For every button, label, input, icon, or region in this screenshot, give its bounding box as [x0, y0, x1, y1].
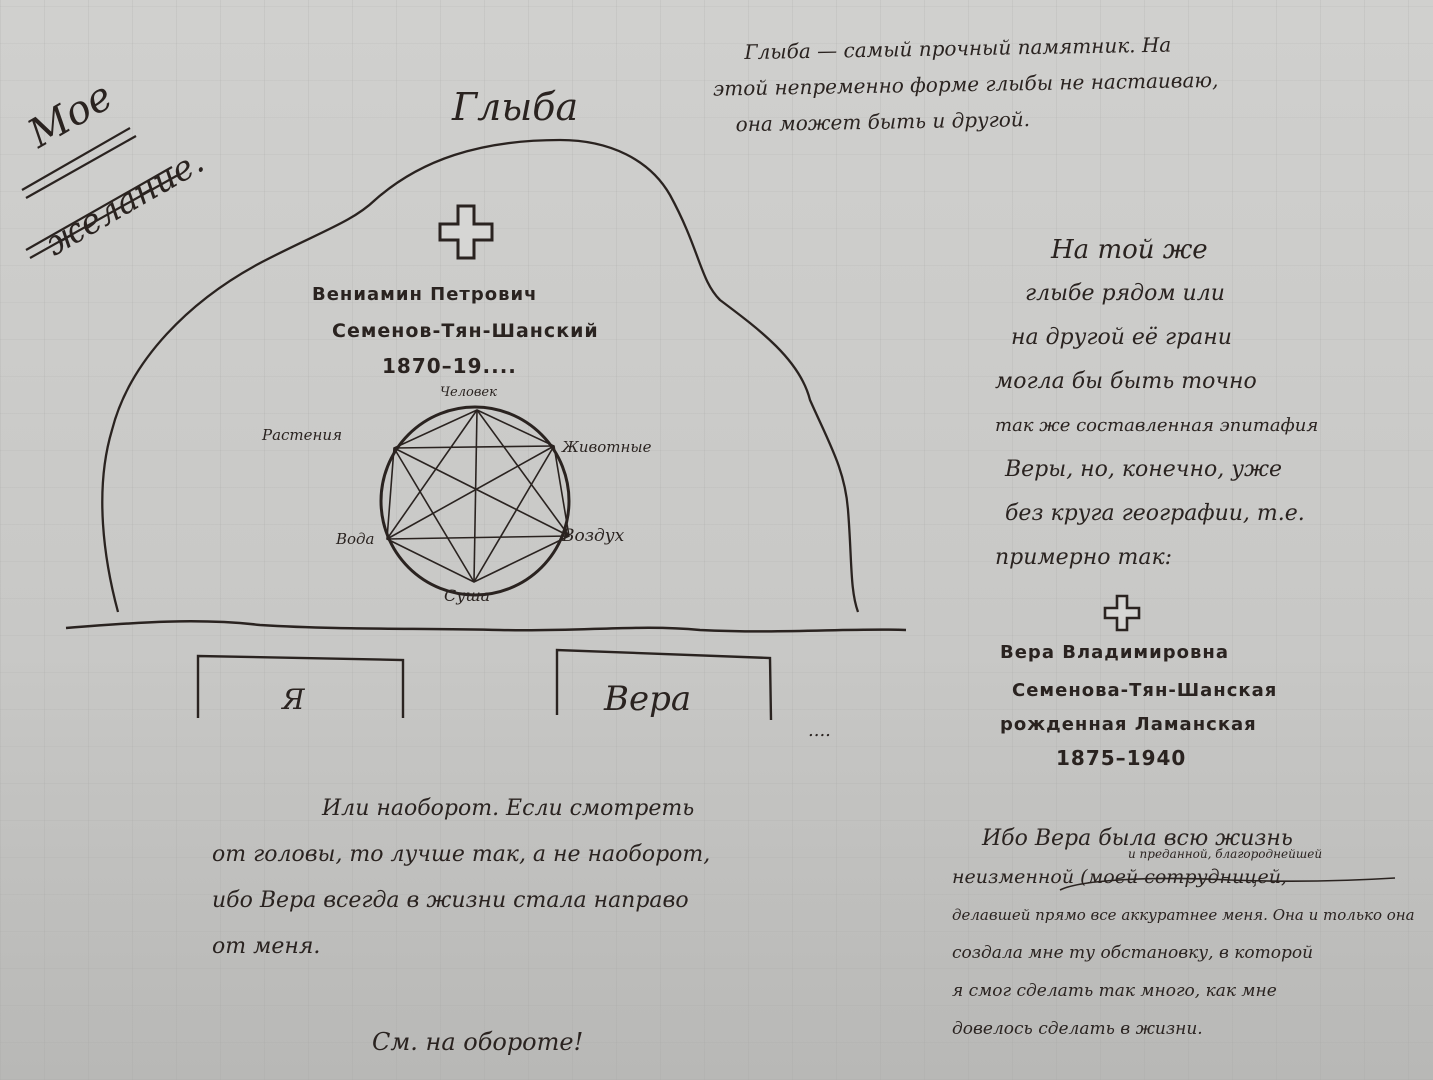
- grave-label-right: Вера: [604, 682, 691, 716]
- heptagram-label-upper-right: Животные: [562, 440, 651, 455]
- right-note: На той же глыбе рядом или на другой её г…: [995, 228, 1318, 580]
- inscription-left-name2: Семенов-Тян-Шанский: [332, 322, 599, 341]
- right-note-line: без круга географии, т.е.: [995, 492, 1318, 536]
- right-note-line: глыбе рядом или: [995, 272, 1318, 316]
- closing-note-line: довелось сделать в жизни.: [952, 1010, 1415, 1048]
- inscription-right-dates: 1875–1940: [1056, 748, 1186, 768]
- grave-label-left: Я: [282, 686, 305, 714]
- heptagram-label-top: Человек: [440, 386, 497, 399]
- bottom-note-line: Или наоборот. Если смотреть: [212, 786, 710, 832]
- bottom-note-line: ибо Вера всегда в жизни стала направо: [212, 878, 710, 924]
- grave-ellipsis: ....: [808, 722, 831, 740]
- manuscript-page: Мое желание. Глыба Глыба — самый прочный…: [0, 0, 1433, 1080]
- inscription-right-name1: Вера Владимировна: [1000, 644, 1229, 662]
- bottom-note-line: от головы, то лучше так, а не наоборот,: [212, 832, 710, 878]
- inscription-left-name1: Вениамин Петрович: [312, 286, 537, 304]
- right-note-line: на другой её грани: [995, 316, 1318, 360]
- closing-note-line: я смог сделать так много, как мне: [952, 972, 1415, 1010]
- inscription-left-dates: 1870–19....: [382, 356, 517, 376]
- right-note-line: Веры, но, конечно, уже: [995, 448, 1318, 492]
- closing-note-line: Ибо Вера была всю жизнь: [952, 820, 1415, 858]
- heptagram-label-bottom: Суша: [444, 588, 490, 604]
- right-note-line: могла бы быть точно: [995, 360, 1318, 404]
- closing-note-line: создала мне ту обстановку, в которой: [952, 934, 1415, 972]
- closing-note: Ибо Вера была всю жизнь неизменной (моей…: [952, 820, 1415, 1048]
- right-note-line: примерно так:: [995, 536, 1318, 580]
- inscription-right-name2: Семенова-Тян-Шанская: [1012, 682, 1277, 700]
- top-note: Глыба — самый прочный памятник. На этой …: [734, 26, 1219, 142]
- inscription-right-name3: рожденная Ламанская: [1000, 716, 1257, 734]
- heptagram-label-lower-right: Воздух: [562, 528, 624, 545]
- bottom-note: Или наоборот. Если смотреть от головы, т…: [212, 786, 710, 970]
- ground-line: [66, 621, 906, 631]
- heptagram-figure: [381, 407, 569, 595]
- cross-icon-boulder: [440, 206, 492, 258]
- cross-icon-right: [1105, 596, 1139, 630]
- right-note-line: На той же: [995, 228, 1318, 272]
- footer-note: См. на обороте!: [372, 1030, 583, 1054]
- bottom-note-line: от меня.: [212, 924, 710, 970]
- monument-label: Глыба: [452, 88, 578, 126]
- heptagram-label-lower-left: Вода: [336, 532, 375, 547]
- closing-note-line: делавшей прямо все аккуратнее меня. Она …: [952, 896, 1415, 934]
- right-note-line: так же составленная эпитафия: [995, 404, 1318, 448]
- closing-note-line: неизменной (моей сотрудницей,: [952, 858, 1415, 896]
- heptagram-label-upper-left: Растения: [262, 428, 342, 443]
